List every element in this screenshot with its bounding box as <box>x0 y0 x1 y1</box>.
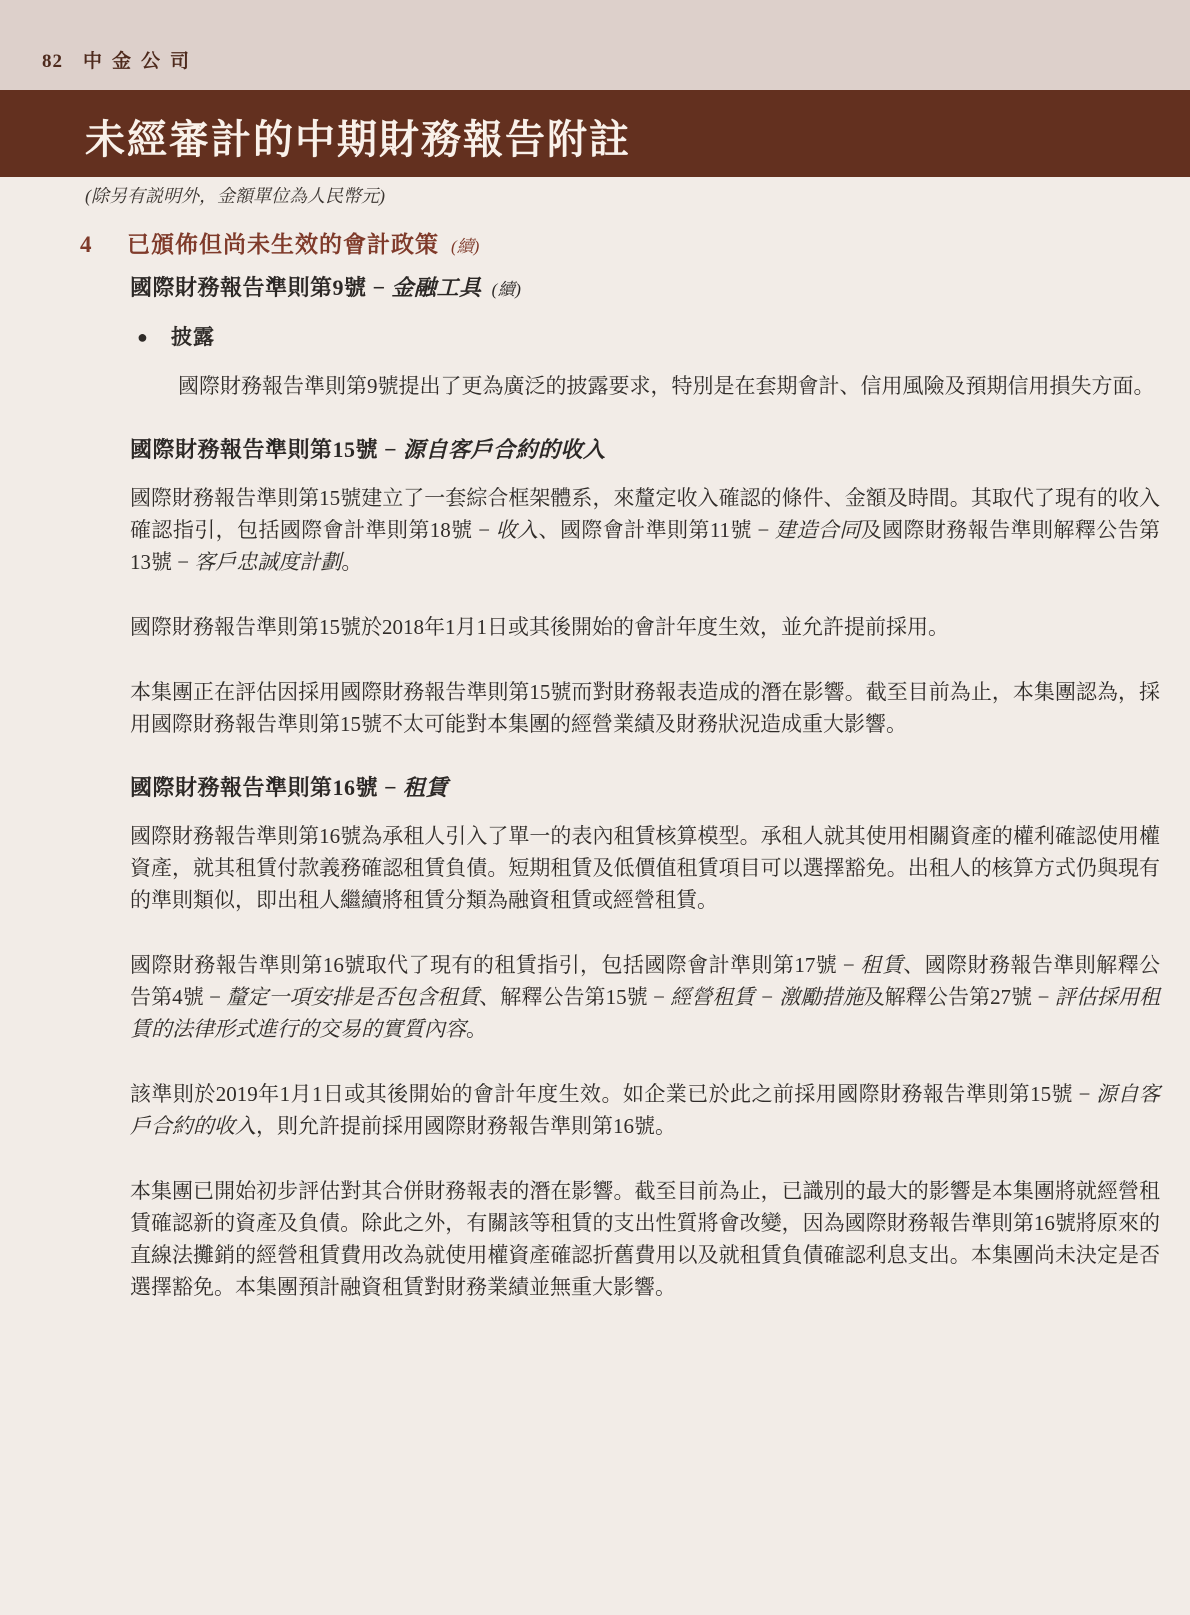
page-header-band: 82中金公司 <box>0 0 1190 90</box>
disclosure-bullet-item: ● 披露 <box>130 322 1160 352</box>
ifrs9-continued-label: (續) <box>492 280 522 299</box>
disclosure-bullet-label: 披露 <box>171 322 215 352</box>
ifrs15-paragraph-3: 本集團正在評估因採用國際財務報告準則第15號而對財務報表造成的潛在影響。截至目前… <box>130 676 1160 740</box>
section-title: 已頒佈但尚未生效的會計政策 <box>127 231 439 259</box>
standard-title-italic: 建造合同 <box>775 518 861 542</box>
section-number: 4 <box>80 231 127 259</box>
ifrs15-paragraph-1: 國際財務報告準則第15號建立了一套綜合框架體系，來釐定收入確認的條件、金額及時間… <box>130 482 1160 578</box>
ifrs9-heading: 國際財務報告準則第9號 − 金融工具(續) <box>130 273 1160 304</box>
ifrs16-heading: 國際財務報告準則第16號 − 租賃 <box>130 773 1160 802</box>
ifrs15-paragraph-2: 國際財務報告準則第15號於2018年1月1日或其後開始的會計年度生效，並允許提前… <box>130 611 1160 643</box>
ifrs9-heading-main: 國際財務報告準則第9號 − <box>130 275 392 300</box>
paragraph-text: 及解釋公告第27號 − <box>864 985 1055 1009</box>
ifrs9-disclosure-paragraph: 國際財務報告準則第9號提出了更為廣泛的披露要求，特別是在套期會計、信用風險及預期… <box>178 370 1160 402</box>
section-continued-label: (續) <box>451 233 479 261</box>
ifrs15-heading-main: 國際財務報告準則第15號 − <box>130 437 403 462</box>
ifrs16-paragraph-3: 該準則於2019年1月1日或其後開始的會計年度生效。如企業已於此之前採用國際財務… <box>130 1078 1160 1142</box>
paragraph-text: 、國際會計準則第11號 − <box>539 518 775 542</box>
ifrs16-paragraph-1: 國際財務報告準則第16號為承租人引入了單一的表內租賃核算模型。承租人就其使用相關… <box>130 820 1160 916</box>
paragraph-text: 。 <box>341 550 362 574</box>
paragraph-text: 。 <box>466 1017 487 1041</box>
bullet-icon: ● <box>130 322 171 352</box>
paragraph-text: 國際財務報告準則第16號取代了現有的租賃指引，包括國際會計準則第17號 − <box>130 953 860 977</box>
paragraph-text: 、解釋公告第15號 − <box>479 985 670 1009</box>
section-heading: 4 已頒佈但尚未生效的會計政策 (續) <box>80 231 1160 261</box>
ifrs16-paragraph-2: 國際財務報告準則第16號取代了現有的租賃指引，包括國際會計準則第17號 − 租賃… <box>130 949 1160 1045</box>
standard-title-italic: 收入 <box>496 518 539 542</box>
ifrs16-heading-main: 國際財務報告準則第16號 − <box>130 775 403 800</box>
standard-title-italic: 經營租賃 − 激勵措施 <box>670 985 863 1009</box>
standard-title-italic: 客戶忠誠度計劃 <box>194 550 341 574</box>
ifrs16-paragraph-4: 本集團已開始初步評估對其合併財務報表的潛在影響。截至目前為止，已識別的最大的影響… <box>130 1175 1160 1303</box>
standard-title-italic: 租賃 <box>860 953 903 977</box>
paragraph-text: ，則允許提前採用國際財務報告準則第16號。 <box>256 1114 676 1138</box>
body-column: 國際財務報告準則第9號 − 金融工具(續) ● 披露 國際財務報告準則第9號提出… <box>130 273 1160 1303</box>
document-title: 未經審計的中期財務報告附註 <box>85 103 631 165</box>
currency-note: (除另有説明外，金額單位為人民幣元) <box>85 185 1160 207</box>
ifrs9-heading-topic: 金融工具 <box>392 275 482 300</box>
ifrs15-heading: 國際財務報告準則第15號 − 源自客戶合約的收入 <box>130 435 1160 464</box>
page-number: 82 <box>42 51 63 72</box>
paragraph-text: 該準則於2019年1月1日或其後開始的會計年度生效。如企業已於此之前採用國際財務… <box>130 1082 1096 1106</box>
ifrs15-heading-topic: 源自客戶合約的收入 <box>403 437 606 462</box>
ifrs16-heading-topic: 租賃 <box>403 775 448 800</box>
company-name: 中金公司 <box>83 51 199 72</box>
title-banner: 未經審計的中期財務報告附註 <box>0 90 1190 177</box>
standard-title-italic: 釐定一項安排是否包含租賃 <box>226 985 479 1009</box>
